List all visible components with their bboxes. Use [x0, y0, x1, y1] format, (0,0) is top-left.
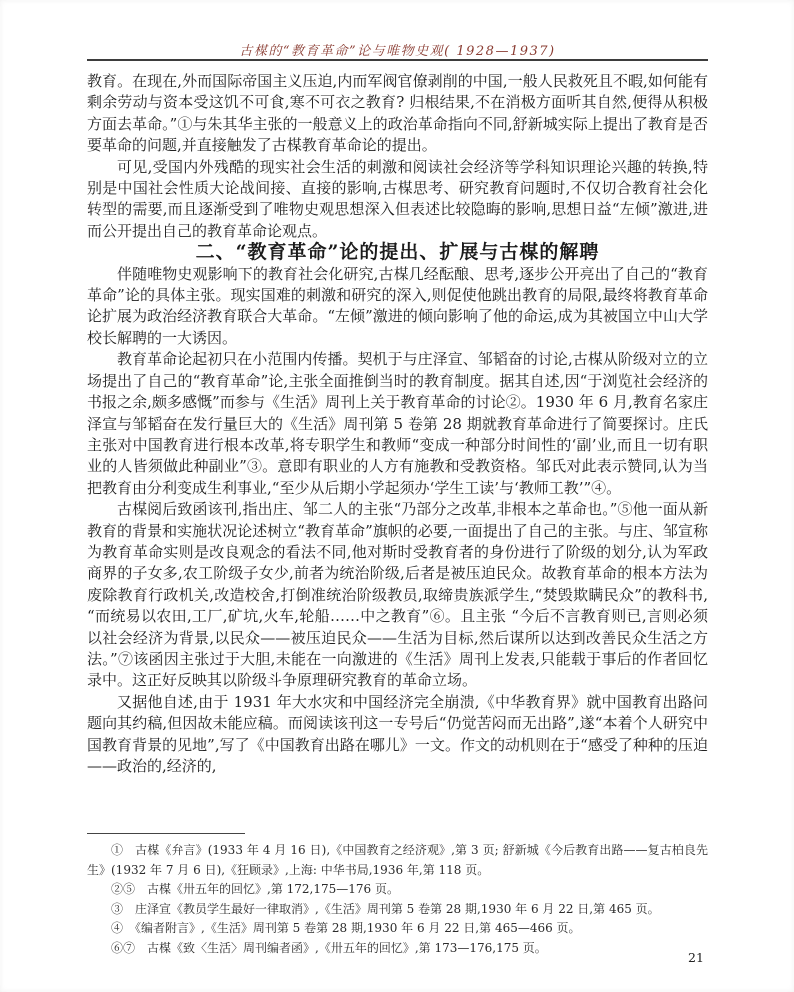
footnote-item: ① 古楳《弁言》(1933 年 4 月 16 日),《中国教育之经济观》,第 3…	[87, 841, 708, 880]
running-title: 古楳的“教育革命”论与唯物史观( 1928—1937)	[87, 40, 708, 59]
footnote-item: ⑥⑦ 古楳《致〈生活〉周刊编者函》,《卅五年的回忆》,第 173—176,175…	[87, 939, 708, 959]
page-number: 21	[688, 950, 704, 965]
footnote-item: ③ 庄泽宣《教员学生最好一律取消》,《生活》周刊第 5 卷第 28 期,1930…	[87, 900, 708, 920]
section-heading: 二、“教育革命”论的提出、扩展与古楳的解聘	[87, 242, 708, 263]
paragraph: 伴随唯物史观影响下的教育社会化研究,古楳几经酝酿、思考,逐步公开亮出了自己的“教…	[87, 264, 708, 350]
body-text: 教育。在现在,外而国际帝国主义压迫,内而军阀官僚剥削的中国,一般人民救死且不暇,…	[87, 71, 708, 777]
paragraph: 教育革命论起初只在小范围内传播。契机于与庄泽宣、邹韬奋的讨论,古楳从阶级对立的立…	[87, 349, 708, 499]
paragraph: 又据他自述,由于 1931 年大水灾和中国经济完全崩溃,《中华教育界》就中国教育…	[87, 692, 708, 778]
paragraph: 可见,受国内外残酷的现实社会生活的刺激和阅读社会经济等学科知识理论兴趣的转换,特…	[87, 157, 708, 243]
footnote-separator	[87, 833, 245, 834]
footnote-item: ②⑤ 古楳《卅五年的回忆》,第 172,175—176 页。	[87, 880, 708, 900]
footnotes: ① 古楳《弁言》(1933 年 4 月 16 日),《中国教育之经济观》,第 3…	[87, 841, 708, 958]
document-page: 古楳的“教育革命”论与唯物史观( 1928—1937) 教育。在现在,外而国际帝…	[0, 0, 794, 992]
paragraph: 古楳阅后致函该刊,指出庄、邹二人的主张“乃部分之改革,非根本之革命也。”⑤他一面…	[87, 499, 708, 692]
paragraph-continuation: 教育。在现在,外而国际帝国主义压迫,内而军阀官僚剥削的中国,一般人民救死且不暇,…	[87, 71, 708, 157]
header-rule	[87, 59, 708, 61]
footnote-item: ④ 《编者附言》,《生活》周刊第 5 卷第 28 期,1930 年 6 月 22…	[87, 919, 708, 939]
